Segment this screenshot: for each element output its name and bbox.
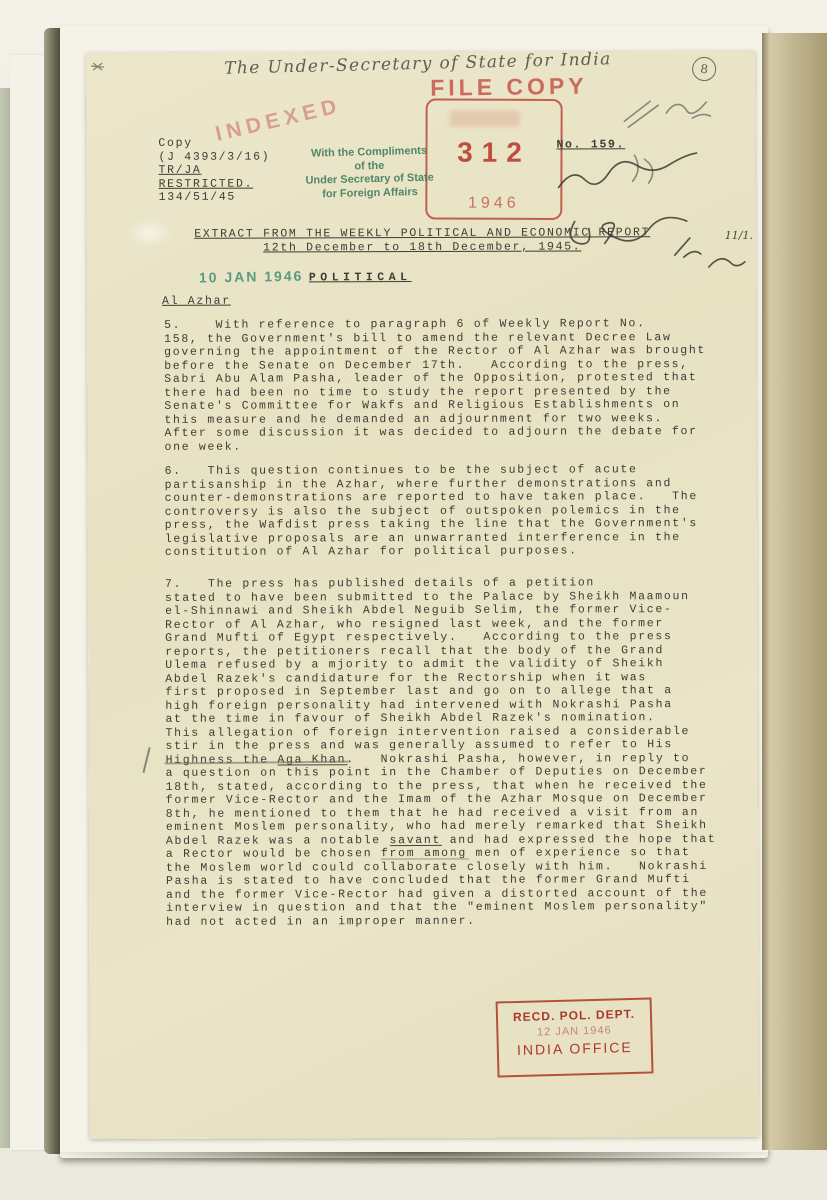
india-office-stamp: RECD. POL. DEPT. 12 JAN 1946 INDIA OFFIC… bbox=[496, 997, 654, 1077]
india-office-stamp-office: INDIA OFFICE bbox=[499, 1038, 651, 1058]
section-heading: POLITICAL bbox=[309, 271, 412, 285]
document-sheet: The Under-Secretary of State for India 8… bbox=[86, 51, 759, 1139]
file-number: 134/51/45 bbox=[159, 191, 236, 204]
copy-label: Copy bbox=[158, 137, 192, 150]
reference-number: (J 4393/3/16) bbox=[158, 150, 270, 163]
page-shadow bbox=[58, 1152, 772, 1164]
savant-underline bbox=[390, 845, 442, 846]
paragraph-7: 7. The press has published details of a … bbox=[165, 576, 741, 929]
pencil-corner-mark bbox=[90, 59, 110, 75]
paragraph-5: 5. With reference to paragraph 6 of Week… bbox=[164, 317, 739, 454]
india-office-stamp-dept: RECD. POL. DEPT. bbox=[498, 1006, 650, 1024]
pencil-scribble bbox=[516, 69, 767, 280]
india-office-stamp-date: 12 JAN 1946 bbox=[498, 1023, 650, 1039]
reference-block: Copy (J 4393/3/16) TR/JA RESTRICTED. 134… bbox=[158, 137, 270, 205]
received-date-stamp: 10 JAN 1946 bbox=[199, 268, 304, 286]
initials: TR/JA bbox=[158, 164, 201, 177]
pencil-margin-slash bbox=[143, 747, 151, 773]
classification: RESTRICTED. bbox=[159, 177, 254, 190]
aga-khan-underline bbox=[278, 764, 348, 765]
paragraph-6: 6. This question continues to be the sub… bbox=[165, 463, 740, 560]
pencil-mark-among bbox=[381, 858, 469, 860]
faded-stamp-marks bbox=[450, 111, 520, 127]
section-subheading: Al Azhar bbox=[162, 295, 231, 309]
compliments-stamp: With the Compliments of the Under Secret… bbox=[284, 144, 455, 202]
photograph-of-document: The Under-Secretary of State for India 8… bbox=[0, 0, 827, 1200]
page-stack-edge-right bbox=[762, 33, 827, 1150]
